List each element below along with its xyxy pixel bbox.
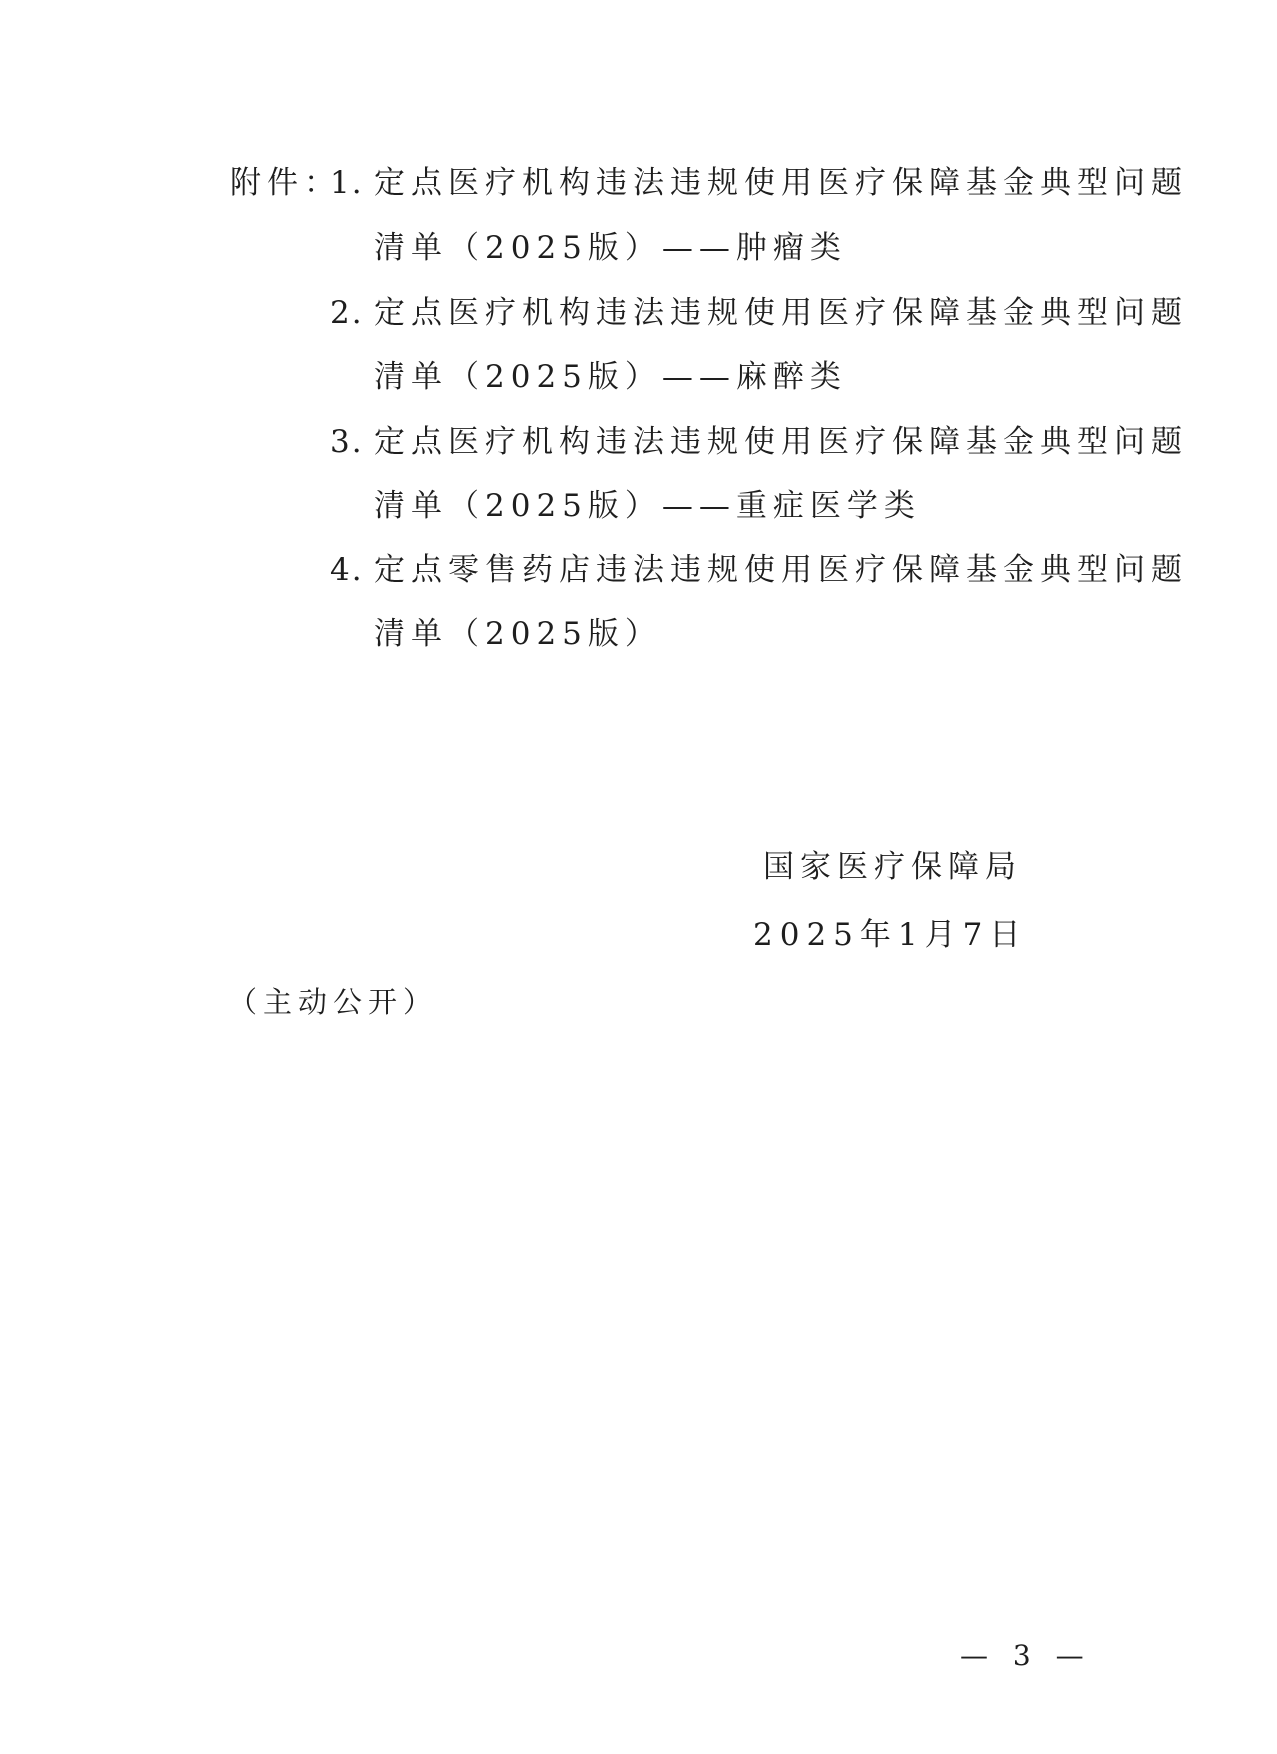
attachment-number-1: 1. [330, 163, 364, 203]
disclosure-note: （主动公开） [228, 982, 438, 1022]
page-number: — 3 — [960, 1636, 1092, 1676]
attachment-title-2-line1: 定点医疗机构违法违规使用医疗保障基金典型问题 [374, 293, 1188, 333]
attachment-number-4: 4. [330, 550, 364, 590]
attachment-title-1-line2: 清单（2025版）——肿瘤类 [374, 228, 847, 268]
attachment-number-3: 3. [330, 422, 364, 462]
attachment-number-2: 2. [330, 293, 364, 333]
attachment-title-4-line2: 清单（2025版） [374, 614, 662, 654]
attachment-title-2-line2: 清单（2025版）——麻醉类 [374, 357, 847, 397]
issue-date: 2025年1月7日 [753, 915, 1027, 955]
attachments-label: 附件： [230, 163, 341, 203]
attachment-title-3-line1: 定点医疗机构违法违规使用医疗保障基金典型问题 [374, 422, 1188, 462]
issuer-name: 国家医疗保障局 [763, 847, 1022, 887]
attachment-title-4-line1: 定点零售药店违法违规使用医疗保障基金典型问题 [374, 550, 1188, 590]
attachment-title-1-line1: 定点医疗机构违法违规使用医疗保障基金典型问题 [374, 163, 1188, 203]
attachment-title-3-line2: 清单（2025版）——重症医学类 [374, 486, 921, 526]
